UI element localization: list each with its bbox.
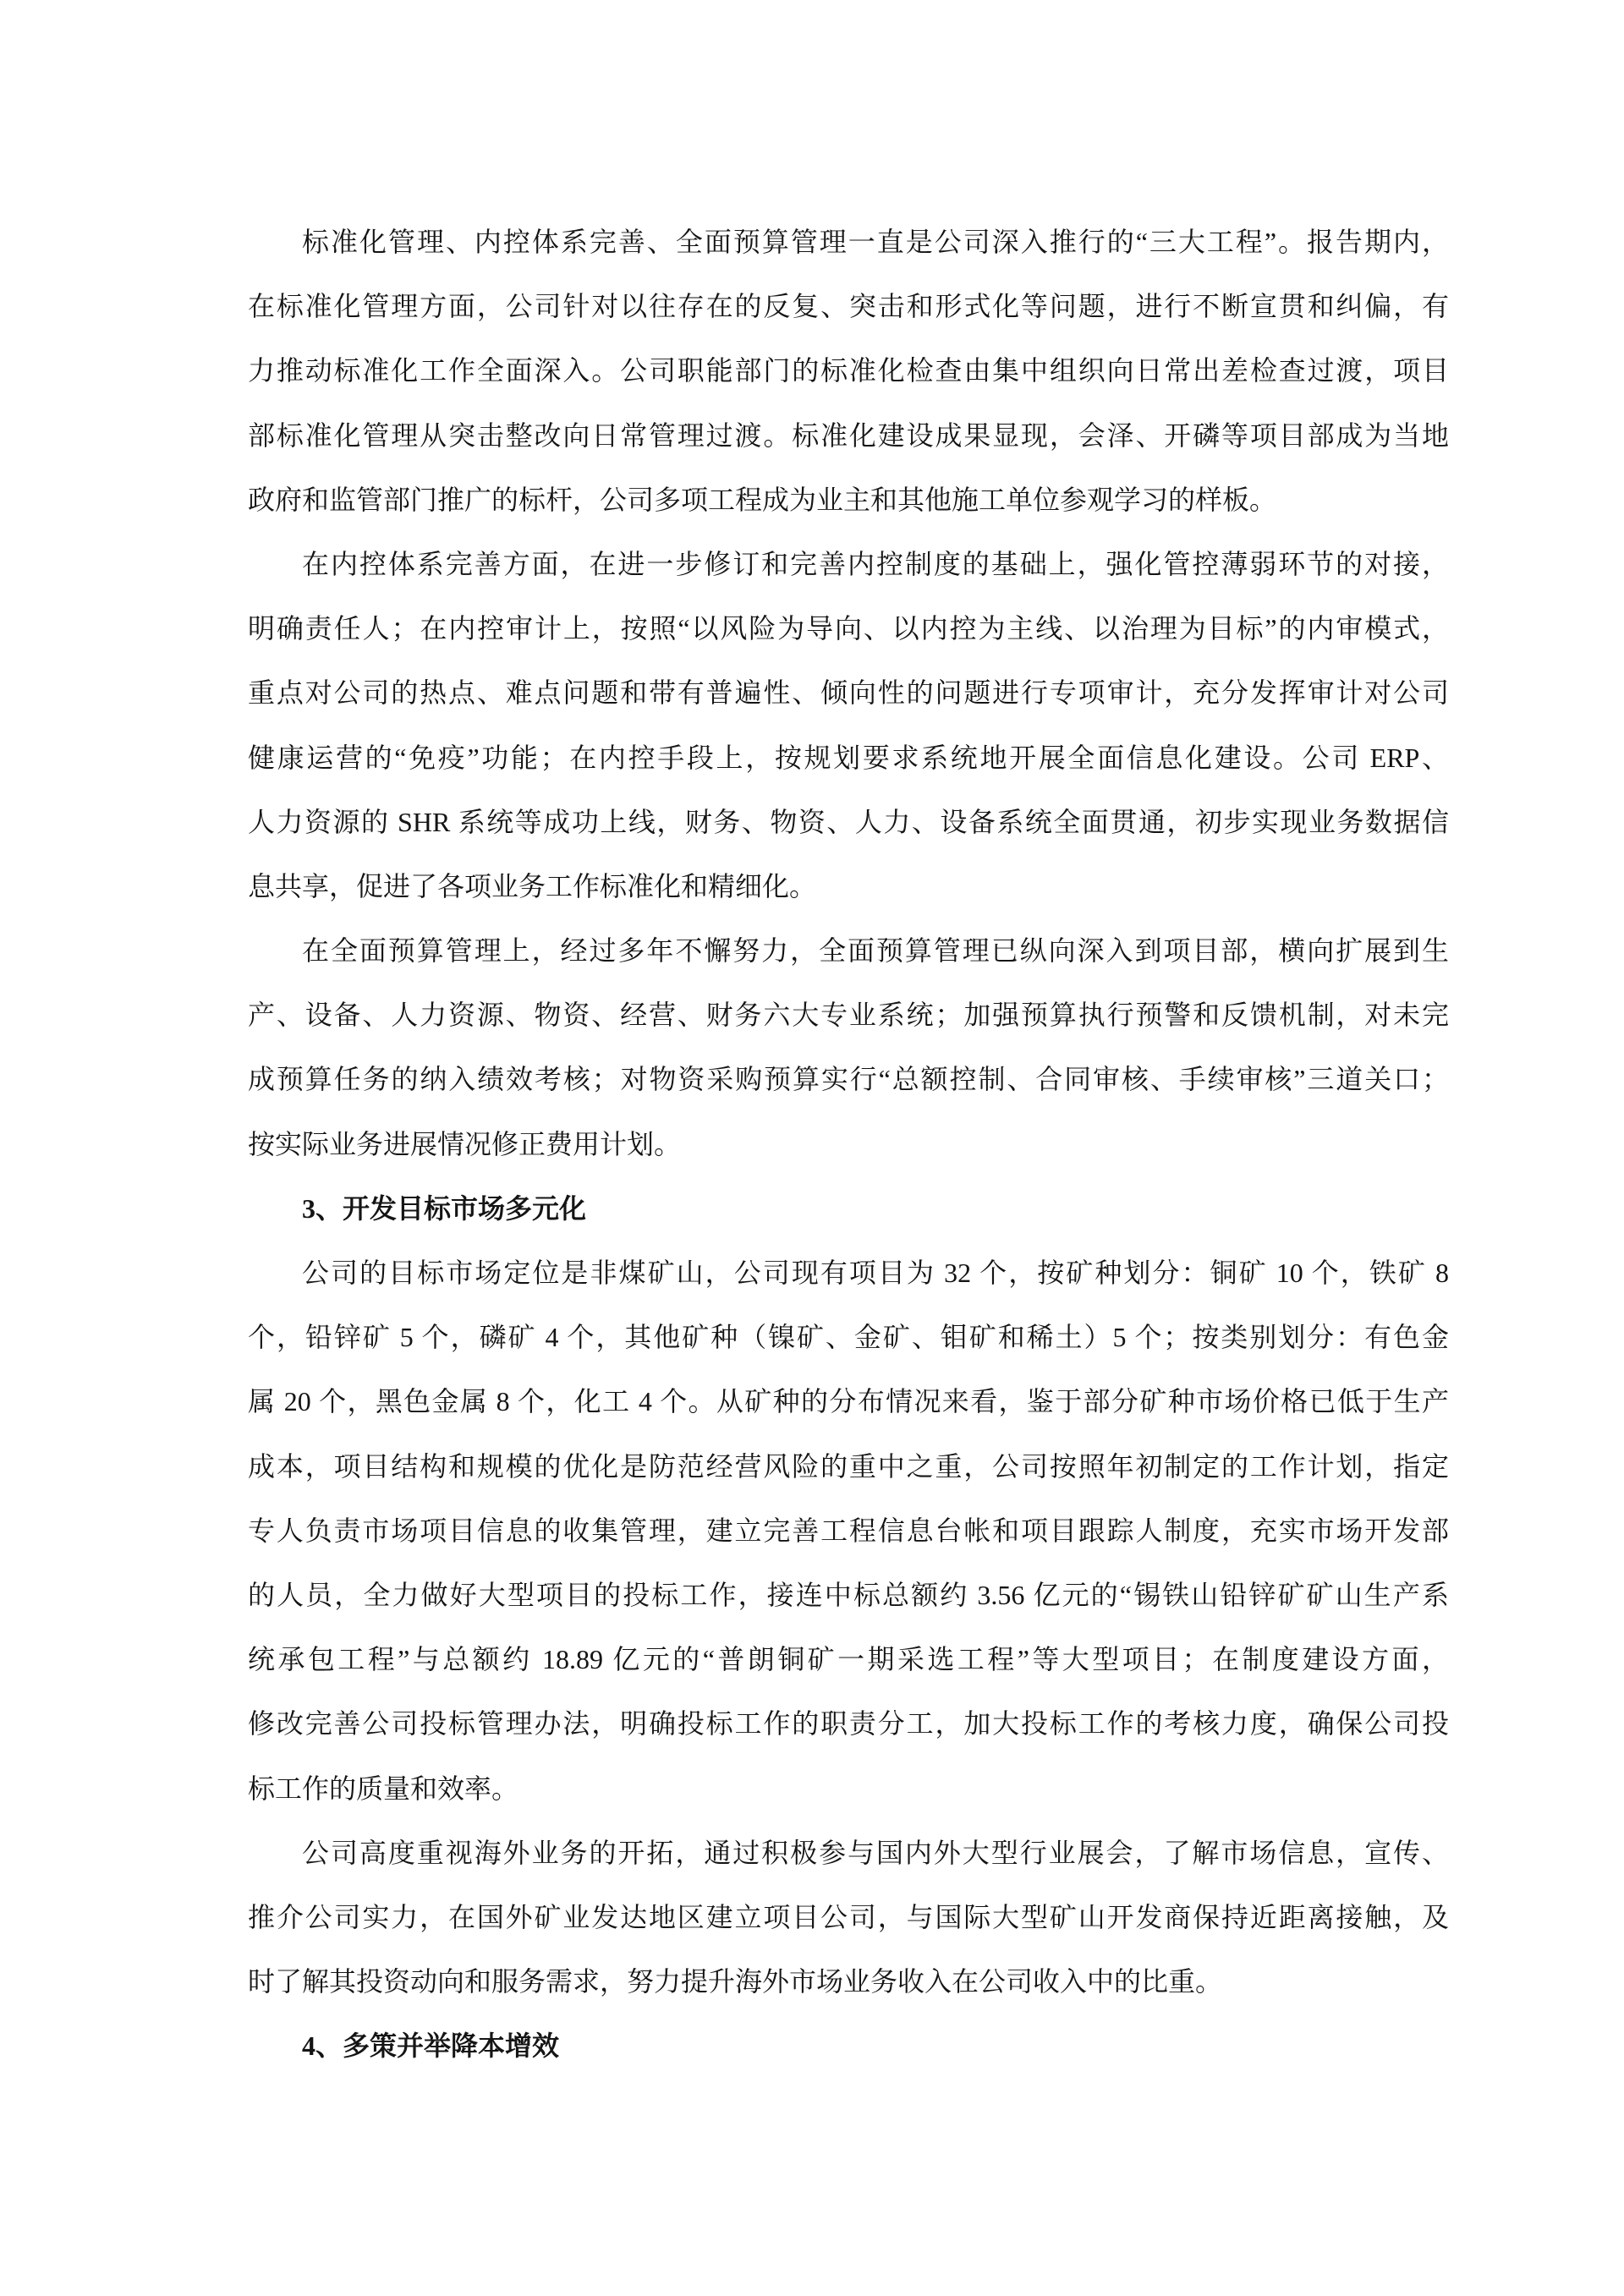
text-line: 专人负责市场项目信息的收集管理，建立完善工程信息台帐和项目跟踪人制度，充实市场开… <box>248 1499 1449 1563</box>
text-line: 产、设备、人力资源、物资、经营、财务六大专业系统；加强预算执行预警和反馈机制，对… <box>248 983 1449 1047</box>
text-line: 成预算任务的纳入绩效考核；对物资采购预算实行“总额控制、合同审核、手续审核”三道… <box>248 1047 1449 1111</box>
text-line: 明确责任人；在内控审计上，按照“以风险为导向、以内控为主线、以治理为目标”的内审… <box>248 596 1449 660</box>
text-line: 力推动标准化工作全面深入。公司职能部门的标准化检查由集中组织向日常出差检查过渡，… <box>248 338 1449 403</box>
text-line: 标工作的质量和效率。 <box>248 1756 1449 1821</box>
text-line: 标准化管理、内控体系完善、全面预算管理一直是公司深入推行的“三大工程”。报告期内… <box>248 210 1449 274</box>
section-heading: 4、多策并举降本增效 <box>248 2014 1449 2078</box>
text-line: 在全面预算管理上，经过多年不懈努力，全面预算管理已纵向深入到项目部，横向扩展到生 <box>248 918 1449 983</box>
section-heading: 3、开发目标市场多元化 <box>248 1176 1449 1241</box>
text-line: 成本，项目结构和规模的优化是防范经营风险的重中之重，公司按照年初制定的工作计划，… <box>248 1434 1449 1499</box>
text-line: 政府和监管部门推广的标杆，公司多项工程成为业主和其他施工单位参观学习的样板。 <box>248 468 1449 532</box>
document-content: 标准化管理、内控体系完善、全面预算管理一直是公司深入推行的“三大工程”。报告期内… <box>248 210 1449 2078</box>
text-line: 重点对公司的热点、难点问题和带有普遍性、倾向性的问题进行专项审计，充分发挥审计对… <box>248 660 1449 725</box>
text-line: 健康运营的“免疫”功能；在内控手段上，按规划要求系统地开展全面信息化建设。公司 … <box>248 726 1449 790</box>
text-line: 的人员，全力做好大型项目的投标工作，接连中标总额约 3.56 亿元的“锡铁山铅锌… <box>248 1563 1449 1627</box>
text-line: 个，铅锌矿 5 个，磷矿 4 个，其他矿种（镍矿、金矿、钼矿和稀土）5 个；按类… <box>248 1305 1449 1369</box>
text-line: 属 20 个，黑色金属 8 个，化工 4 个。从矿种的分布情况来看，鉴于部分矿种… <box>248 1369 1449 1433</box>
text-line: 统承包工程”与总额约 18.89 亿元的“普朗铜矿一期采选工程”等大型项目；在制… <box>248 1627 1449 1691</box>
text-line: 息共享，促进了各项业务工作标准化和精细化。 <box>248 854 1449 918</box>
text-line: 在标准化管理方面，公司针对以往存在的反复、突击和形式化等问题，进行不断宣贯和纠偏… <box>248 274 1449 338</box>
text-line: 部标准化管理从突击整改向日常管理过渡。标准化建设成果显现，会泽、开磷等项目部成为… <box>248 403 1449 468</box>
text-line: 按实际业务进展情况修正费用计划。 <box>248 1112 1449 1176</box>
text-line: 在内控体系完善方面，在进一步修订和完善内控制度的基础上，强化管控薄弱环节的对接， <box>248 532 1449 596</box>
text-line: 推介公司实力，在国外矿业发达地区建立项目公司，与国际大型矿山开发商保持近距离接触… <box>248 1885 1449 1949</box>
text-line: 公司的目标市场定位是非煤矿山，公司现有项目为 32 个，按矿种划分：铜矿 10 … <box>248 1241 1449 1305</box>
text-line: 时了解其投资动向和服务需求，努力提升海外市场业务收入在公司收入中的比重。 <box>248 1949 1449 2014</box>
text-line: 人力资源的 SHR 系统等成功上线，财务、物资、人力、设备系统全面贯通，初步实现… <box>248 790 1449 854</box>
document-page: 标准化管理、内控体系完善、全面预算管理一直是公司深入推行的“三大工程”。报告期内… <box>0 0 1624 2296</box>
text-line: 公司高度重视海外业务的开拓，通过积极参与国内外大型行业展会，了解市场信息，宣传、 <box>248 1821 1449 1885</box>
text-line: 修改完善公司投标管理办法，明确投标工作的职责分工，加大投标工作的考核力度，确保公… <box>248 1691 1449 1756</box>
